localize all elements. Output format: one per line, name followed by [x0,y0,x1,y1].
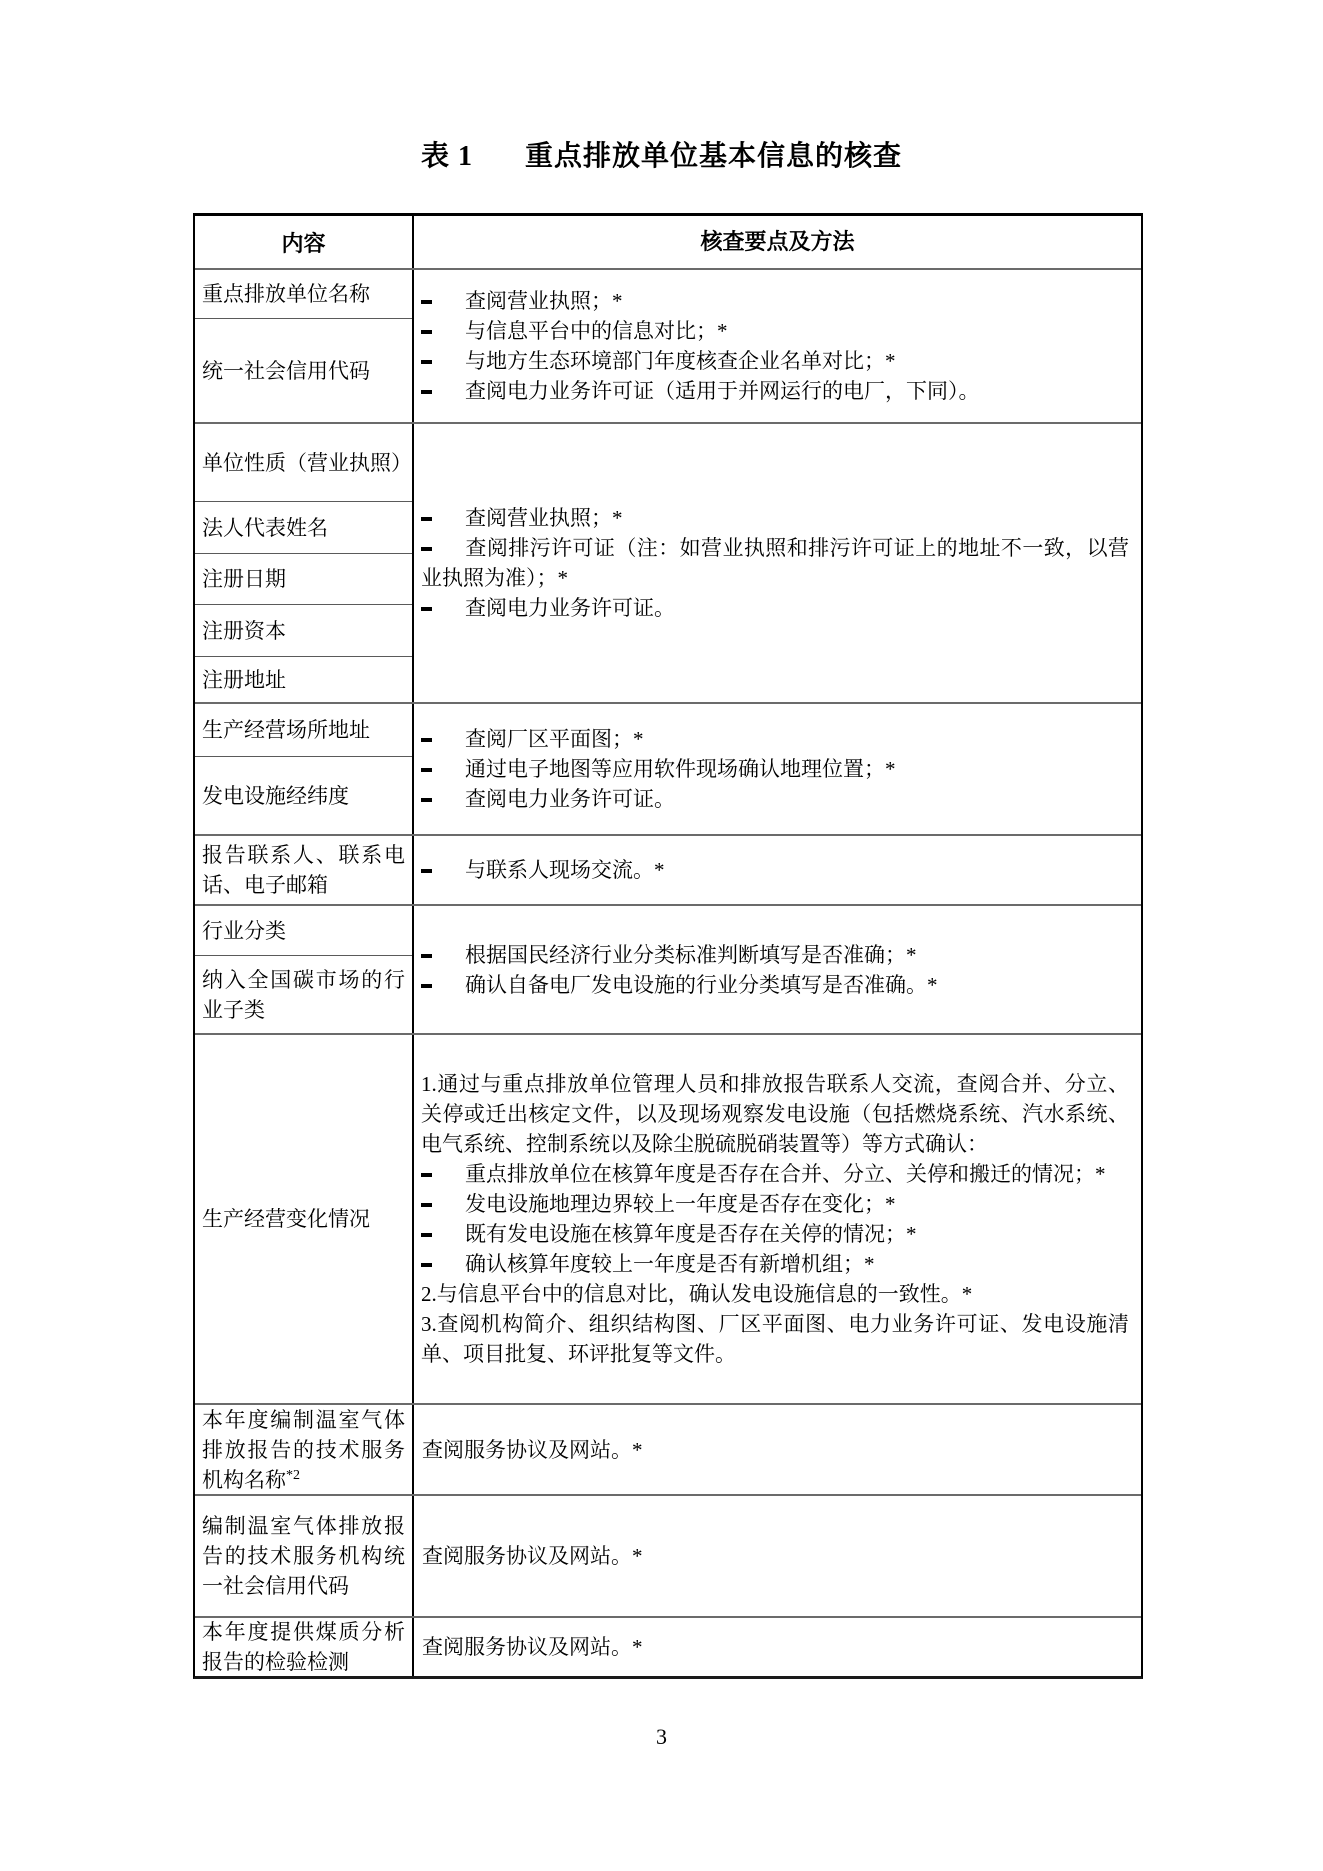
dash-bullet-icon [421,1189,465,1219]
bullet-item: 查阅排污许可证（注：如营业执照和排污许可证上的地址不一致，以营业执照为准）；* [414,533,1141,593]
bullet-item: 与联系人现场交流。* [414,855,1141,885]
bullet-item: 与地方生态环境部门年度核查企业名单对比；* [414,346,1141,376]
group-methods: 查阅厂区平面图；* 通过电子地图等应用软件现场确认地理位置；* 查阅电力业务许可… [412,704,1141,834]
label-coal-analysis-agency: 本年度提供煤质分析报告的检验检测 [195,1618,412,1676]
header-col-methods: 核查要点及方法 [412,216,1141,268]
table-group-ghg-agency-name: 本年度编制温室气体排放报告的技术服务机构名称*2 查阅服务协议及网站。* [195,1403,1141,1494]
footnote-marker: *2 [286,1468,300,1483]
group-methods: 查阅服务协议及网站。* [412,1618,1141,1676]
table-group-registration: 单位性质（营业执照） 法人代表姓名 注册日期 注册资本 注册地址 查阅营业执照；… [195,422,1141,702]
label-registered-address: 注册地址 [195,656,412,702]
header-methods-label: 核查要点及方法 [414,216,1141,268]
label-legal-representative: 法人代表姓名 [195,501,412,553]
method-text: 查阅服务协议及网站。* [414,1632,1141,1662]
dash-bullet-icon [421,1159,465,1189]
page-number: 3 [0,1724,1323,1750]
numbered-paragraph: 2.与信息平台中的信息对比，确认发电设施信息的一致性。* [414,1279,1141,1309]
label-key-emitter-name: 重点排放单位名称 [195,270,412,318]
table-group-coal-analysis-agency: 本年度提供煤质分析报告的检验检测 查阅服务协议及网站。* [195,1616,1141,1676]
label-industry-classification: 行业分类 [195,906,412,955]
label-report-contact: 报告联系人、联系电话、电子邮箱 [195,836,412,904]
dash-bullet-icon [421,940,465,970]
group-labels: 本年度编制温室气体排放报告的技术服务机构名称*2 [195,1405,412,1494]
label-unit-nature: 单位性质（营业执照） [195,424,412,501]
bullet-item: 查阅电力业务许可证。 [414,593,1141,623]
method-text: 查阅服务协议及网站。* [414,1435,1141,1465]
group-labels: 重点排放单位名称 统一社会信用代码 [195,270,412,422]
group-methods: 与联系人现场交流。* [412,836,1141,904]
label-registered-capital: 注册资本 [195,604,412,656]
page-title: 表 1重点排放单位基本信息的核查 [0,134,1323,174]
group-labels: 生产经营变化情况 [195,1035,412,1403]
dash-bullet-icon [421,533,465,563]
group-labels: 生产经营场所地址 发电设施经纬度 [195,704,412,834]
bullet-item: 根据国民经济行业分类标准判断填写是否准确；* [414,940,1141,970]
group-methods: 查阅营业执照；* 与信息平台中的信息对比；* 与地方生态环境部门年度核查企业名单… [412,270,1141,422]
group-labels: 编制温室气体排放报告的技术服务机构统一社会信用代码 [195,1496,412,1616]
header-content-label: 内容 [195,216,412,268]
dash-bullet-icon [421,754,465,784]
bullet-item: 查阅营业执照；* [414,503,1141,533]
label-production-operation-changes: 生产经营变化情况 [195,1035,412,1403]
dash-bullet-icon [421,784,465,814]
table-title-text: 重点排放单位基本信息的核查 [525,141,902,172]
bullet-item: 确认自备电厂发电设施的行业分类填写是否准确。* [414,970,1141,1000]
bullet-item: 查阅营业执照；* [414,286,1141,316]
table-group-ghg-agency-code: 编制温室气体排放报告的技术服务机构统一社会信用代码 查阅服务协议及网站。* [195,1494,1141,1616]
dash-bullet-icon [421,1249,465,1279]
table-group-operation-changes: 生产经营变化情况 1.通过与重点排放单位管理人员和排放报告联系人交流，查阅合并、… [195,1033,1141,1403]
header-col-content: 内容 [195,216,412,268]
label-unified-social-credit-code: 统一社会信用代码 [195,318,412,422]
table-group-location: 生产经营场所地址 发电设施经纬度 查阅厂区平面图；* 通过电子地图等应用软件现场… [195,702,1141,834]
table-group-basic-identity: 重点排放单位名称 统一社会信用代码 查阅营业执照；* 与信息平台中的信息对比；*… [195,268,1141,422]
bullet-item: 重点排放单位在核算年度是否存在合并、分立、关停和搬迁的情况；* [414,1159,1141,1189]
label-ghg-report-agency-name: 本年度编制温室气体排放报告的技术服务机构名称*2 [195,1405,412,1494]
table-group-industry: 行业分类 纳入全国碳市场的行业子类 根据国民经济行业分类标准判断填写是否准确；*… [195,904,1141,1033]
table-group-contact: 报告联系人、联系电话、电子邮箱 与联系人现场交流。* [195,834,1141,904]
dash-bullet-icon [421,1219,465,1249]
group-methods: 查阅营业执照；* 查阅排污许可证（注：如营业执照和排污许可证上的地址不一致，以营… [412,424,1141,702]
group-methods: 查阅服务协议及网站。* [412,1405,1141,1494]
method-text: 查阅服务协议及网站。* [414,1541,1141,1571]
label-facility-coordinates: 发电设施经纬度 [195,756,412,834]
bullet-item: 既有发电设施在核算年度是否存在关停的情况；* [414,1219,1141,1249]
table-number: 表 1 [421,141,473,172]
dash-bullet-icon [421,346,465,376]
group-methods: 1.通过与重点排放单位管理人员和排放报告联系人交流，查阅合并、分立、关停或迁出核… [412,1035,1141,1403]
dash-bullet-icon [421,316,465,346]
label-carbon-market-subsector: 纳入全国碳市场的行业子类 [195,955,412,1033]
bullet-item: 发电设施地理边界较上一年度是否存在变化；* [414,1189,1141,1219]
numbered-paragraph: 1.通过与重点排放单位管理人员和排放报告联系人交流，查阅合并、分立、关停或迁出核… [414,1069,1141,1159]
bullet-item: 与信息平台中的信息对比；* [414,316,1141,346]
numbered-paragraph: 3.查阅机构简介、组织结构图、厂区平面图、电力业务许可证、发电设施清单、项目批复… [414,1309,1141,1369]
bullet-item: 通过电子地图等应用软件现场确认地理位置；* [414,754,1141,784]
bullet-item: 查阅厂区平面图；* [414,724,1141,754]
label-business-premises-address: 生产经营场所地址 [195,704,412,756]
dash-bullet-icon [421,970,465,1000]
dash-bullet-icon [421,376,465,406]
dash-bullet-icon [421,724,465,754]
dash-bullet-icon [421,593,465,623]
group-labels: 报告联系人、联系电话、电子邮箱 [195,836,412,904]
group-labels: 行业分类 纳入全国碳市场的行业子类 [195,906,412,1033]
dash-bullet-icon [421,855,465,885]
group-methods: 查阅服务协议及网站。* [412,1496,1141,1616]
dash-bullet-icon [421,503,465,533]
bullet-item: 确认核算年度较上一年度是否有新增机组；* [414,1249,1141,1279]
label-ghg-report-agency-credit-code: 编制温室气体排放报告的技术服务机构统一社会信用代码 [195,1496,412,1616]
bullet-item: 查阅电力业务许可证。 [414,784,1141,814]
table-header-row: 内容 核查要点及方法 [195,216,1141,268]
label-registration-date: 注册日期 [195,553,412,604]
group-methods: 根据国民经济行业分类标准判断填写是否准确；* 确认自备电厂发电设施的行业分类填写… [412,906,1141,1033]
dash-bullet-icon [421,286,465,316]
group-labels: 单位性质（营业执照） 法人代表姓名 注册日期 注册资本 注册地址 [195,424,412,702]
bullet-item: 查阅电力业务许可证（适用于并网运行的电厂，下同）。 [414,376,1141,406]
group-labels: 本年度提供煤质分析报告的检验检测 [195,1618,412,1676]
verification-table: 内容 核查要点及方法 重点排放单位名称 统一社会信用代码 查阅营业执照；* 与信… [193,213,1143,1679]
